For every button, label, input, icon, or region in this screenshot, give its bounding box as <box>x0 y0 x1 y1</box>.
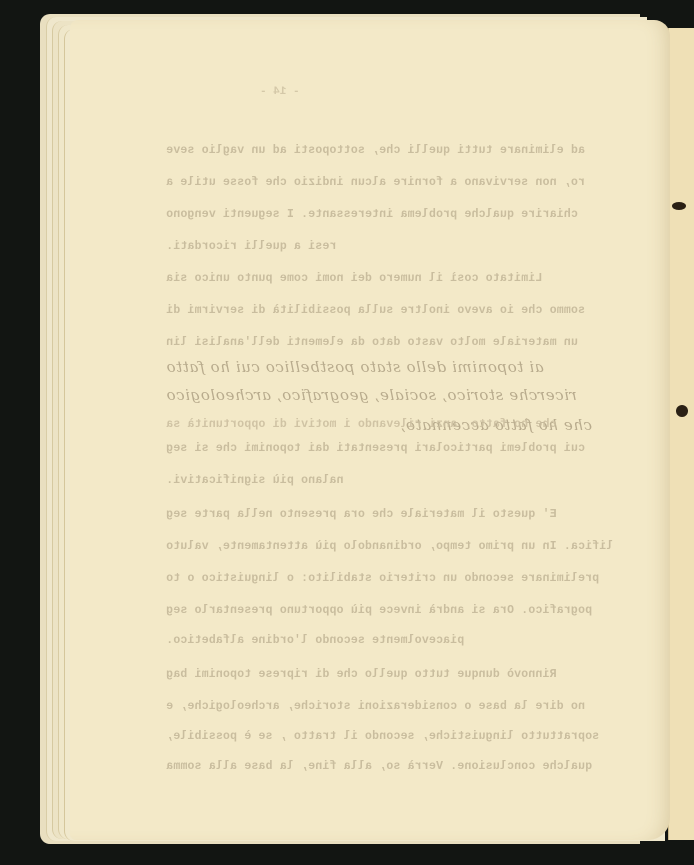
text-line: no dire la base o considerazioni storich… <box>166 700 585 713</box>
text-line: soprattutto linguistiche, secondo il tra… <box>166 730 599 743</box>
text-line: ro, non servivano a fornire alcun indizi… <box>166 176 585 189</box>
text-line: resi a quelli ricordati. <box>166 240 336 253</box>
document-page: - 14 - ad eliminare tutti quelli che, so… <box>70 20 670 840</box>
show-through-text: - 14 - ad eliminare tutti quelli che, so… <box>70 20 670 840</box>
handwritten-line: ricerche storico, sociale, geografico, a… <box>166 386 577 404</box>
text-line: E' questo il materiale che ora presento … <box>166 508 557 521</box>
text-line: preliminare secondo un criterio stabilit… <box>166 572 599 585</box>
text-line: Rinnovò dunque tutto quello che di ripre… <box>166 668 557 681</box>
text-line: chiarire qualche problema interessante. … <box>166 208 578 221</box>
text-line: qualche conclusione. Verrà so, alla fine… <box>166 760 592 773</box>
text-line: Limitato così il numero dei nomi come pu… <box>166 272 542 285</box>
page-number: - 14 - <box>260 86 300 98</box>
handwritten-line: ai toponimi dello stato postbellico cui … <box>166 358 544 376</box>
text-line: un materiale molto vasto dato da element… <box>166 336 578 349</box>
facing-page-edge <box>668 28 694 840</box>
text-line: ad eliminare tutti quelli che, sottopost… <box>166 144 585 157</box>
text-line: sommo che io avevo inoltre sulla possibi… <box>166 304 585 317</box>
text-line: pografico. Ora si andrà invece più oppor… <box>166 604 592 617</box>
binding-hole-icon <box>672 202 686 210</box>
text-line: cui problemi particolari presentati dai … <box>166 442 585 455</box>
text-line: lifica. In un primo tempo, ordinandolo p… <box>166 540 613 553</box>
text-line: nalano più significativi. <box>166 474 344 487</box>
binding-hole-icon <box>676 405 688 417</box>
text-line: che ho fatto, anzi rilevando i motivi di… <box>166 418 557 431</box>
text-line: piacevolmente secondo l'ordine alfabetic… <box>166 634 464 647</box>
